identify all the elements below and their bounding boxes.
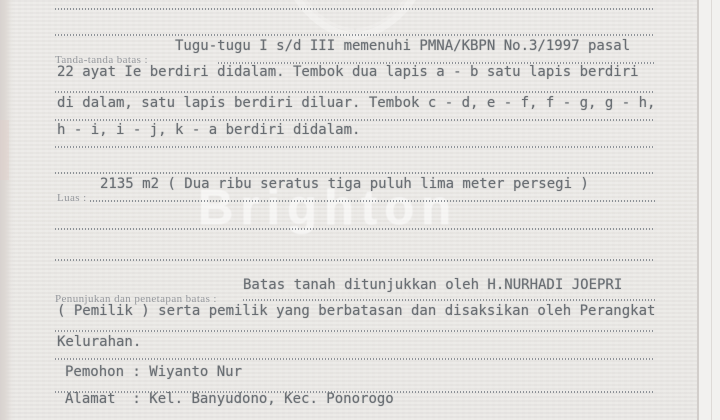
dotted-line [55,330,655,332]
pemohon-row: Pemohon : Wiyanto Nur [65,365,242,380]
paper-right-edge-line [697,0,699,420]
dotted-line [55,259,655,261]
scan-right-margin [698,0,720,420]
tanda-batas-line-4: h - i, i - j, k - a berdiri didalam. [57,123,360,138]
dotted-line [90,200,655,202]
dotted-line [55,172,655,174]
dotted-line [55,358,655,360]
dotted-line [55,34,655,36]
pemohon-label: Pemohon : [65,364,141,380]
tanda-batas-line-1: Tugu-tugu I s/d III memenuhi PMNA/KBPN N… [175,39,630,54]
penunjukan-line-3: Kelurahan. [57,335,141,350]
pemohon-value: Wiyanto Nur [149,364,242,380]
tanda-batas-line-3: di dalam, satu lapis berdiri diluar. Tem… [57,96,655,111]
paper-right-edge-line-outer [711,0,712,420]
luas-label: Luas : [57,192,87,204]
alamat-label: Alamat : [65,391,141,407]
tanda-batas-line-2: 22 ayat Ie berdiri didalam. Tembok dua l… [57,65,639,80]
dotted-line [243,299,655,301]
luas-value: 2135 m2 ( Dua ribu seratus tiga puluh li… [100,177,589,192]
dotted-line [55,8,655,10]
scan-left-edge [0,0,13,420]
dotted-line [55,228,655,230]
dotted-line [55,146,655,148]
scanned-land-document: Brighton Tugu-tugu I s/d III memenuhi PM… [0,0,720,420]
dotted-line [55,91,655,93]
dotted-line [55,119,655,121]
alamat-row: Alamat : Kel. Banyudono, Kec. Ponorogo [65,392,394,407]
penunjukan-line-2: ( Pemilik ) serta pemilik yang berbatasa… [57,304,655,319]
alamat-value: Kel. Banyudono, Kec. Ponorogo [149,391,393,407]
penunjukan-line-1: Batas tanah ditunjukkan oleh H.NURHADI J… [243,278,622,293]
